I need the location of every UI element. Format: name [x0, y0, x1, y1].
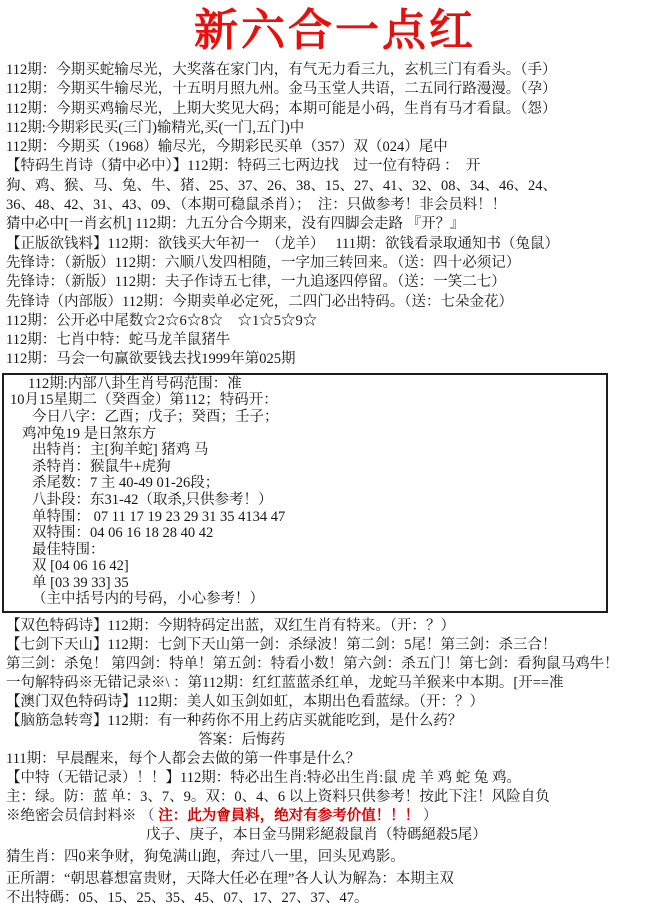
- member-note-line: ※绝密会员信封料※ （ 注：此为會員料，绝对有参考价值！！！ ）: [6, 807, 668, 826]
- zodiac-number-list-line: 狗、鸡、猴、马、兔、牛、猪、25、37、26、38、15、27、41、32、08…: [6, 177, 668, 196]
- page-title: 新六合一点红: [0, 0, 670, 59]
- tip-sheet-page: 新六合一点红 112期：今期买蛇输尽光，大奖落在家门内，有气无力看三九，玄机三门…: [0, 0, 670, 905]
- top-tips-section: 112期：今期买蛇输尽光，大奖落在家门内，有气无力看三九，玄机三门有看头。（手）…: [0, 59, 670, 370]
- tip-line: 猜中必中[一肖玄机] 112期：九五分合今期来，没有四脚会走路 『开？』: [6, 215, 668, 234]
- riddle-line: 111期：早晨醒来，每个人都会去做的第一件事是什么？: [6, 750, 668, 769]
- saying-line: 正所謂：“朝思暮想富贵财，天降大任必在理”各人认为解為：本期主双: [6, 870, 668, 889]
- kill-zodiac-note-line: 戊子、庚子，本日金马開彩絕殺鼠肖（特碼絕殺5尾）: [6, 826, 668, 845]
- member-note-open-paren: （: [140, 808, 158, 824]
- bottom-tips-section: 【双色特码诗】112期：今期特码定出蓝，双红生肖有特来。（开：？） 【七剑下天山…: [0, 615, 670, 905]
- kill-zodiac-line: 杀特肖：猴鼠牛+虎狗: [4, 459, 606, 476]
- special-zodiac-line: 出特肖：主[狗羊蛇] 猪鸡 马: [4, 442, 606, 459]
- seven-swords-line: 【七剑下天山】112期：七剑下天山第一剑：杀绿波！第二剑：5尾！第三剑：杀三合！: [6, 636, 668, 655]
- bagua-segment-line: 八卦段：东31-42（取杀,只供参考！）: [4, 492, 606, 509]
- odd-range-line: 单特围： 07 11 17 19 23 29 31 35 4134 47: [4, 509, 606, 526]
- mid-special-line: 【中特（无错记录）！！】112期：特必出生肖:特必出生肖:鼠 虎 羊 鸡 蛇 兔…: [6, 769, 668, 788]
- member-note-text: 注：此为會員料，绝对有参考价值！！！: [158, 808, 419, 824]
- pioneer-poem-line: 先锋诗（内部版）112期：今期卖单必定死，二四门必出特码。（送：七朵金花）: [6, 293, 668, 312]
- tip-line: 112期：今期买牛输尽光，十五明月照九州。金马玉堂人共语，二五同行路漫漫。（孕）: [6, 80, 668, 99]
- box-caution-line: （主中括号内的号码，小心参考！）: [4, 591, 606, 608]
- box-header-line: 112期:内部八卦生肖号码范围：准: [4, 376, 606, 393]
- tip-line: 112期：今期买鸡输尽光，上期大奖见大码；本期可能是小码，生肖有马才看鼠。（怨）: [6, 100, 668, 119]
- best-range-header-line: 最佳特围：: [4, 542, 606, 559]
- kill-tail-line: 杀尾数：7 主 40-49 01-26段；: [4, 475, 606, 492]
- pioneer-poem-line: 先锋诗：（新版）112期：六顺八发四相随，一字加三转回来。（送：四十必须记）: [6, 254, 668, 273]
- best-odd-line: 单 [03 39 33] 35: [4, 575, 606, 592]
- guess-zodiac-line: 猜生肖：四0来争财，狗兔满山跑，奔过八一里，回头见鸡影。: [6, 848, 668, 867]
- two-color-poem-line: 【双色特码诗】112期：今期特码定出蓝，双红生肖有特来。（开：？）: [6, 617, 668, 636]
- seven-swords-line: 第三剑：杀兔！ 第四剑：特单！第五剑：特看小数！第六剑：杀五门！第七剑：看狗鼠马…: [6, 655, 668, 674]
- member-note-close-paren: ）: [419, 808, 437, 824]
- bazi-line: 今日八字：乙酉；戊子；癸酉；壬子；: [4, 409, 606, 426]
- code-solve-line: 一句解特码※无错记录※\ ：第112期：红红蓝蓝杀红单，龙蛇马羊猴来中本期。[开…: [6, 674, 668, 693]
- advice-line: 主：绿。防：蓝 单：3、7、9。双：0、4、6 以上资料只供参考！按此下注！风险…: [6, 788, 668, 807]
- tip-line: 112期:今期彩民买(三门)输精光,买(一门,五门)中: [6, 119, 668, 138]
- tip-line: 112期：今期买（1968）输尽光，今期彩民买单（357）双（024）尾中: [6, 138, 668, 157]
- tail-numbers-line: 112期：公开必中尾数☆2☆6☆8☆ ☆1☆5☆9☆: [6, 312, 668, 331]
- excluded-codes-line: 不出特碼：05、15、25、35、45、07、17、27、37、47。: [6, 889, 668, 905]
- member-note-prefix: ※绝密会员信封料※: [6, 808, 140, 824]
- macau-poem-line: 【澳门双色特码诗】112期：美人如玉剑如虹，本期出色看蓝绿。（开：？）: [6, 693, 668, 712]
- zodiac-number-list-line: 36、48、42、31、43、09、（本期可稳鼠杀肖）； 注：只做参考！非会员料…: [6, 196, 668, 215]
- riddle-answer-line: 答案：后悔药: [6, 731, 668, 750]
- zodiac-poem-header-line: 【特码生肖诗（猜中必中）】112期：特码三七两边找 过一位有特码 ： 开: [6, 157, 668, 176]
- money-poem-line: 【正版欲钱料】112期：欲钱买大年初一 （龙羊） 111期：欲钱看录取通知书（兔…: [6, 235, 668, 254]
- even-range-line: 双特围：04 06 16 18 28 40 42: [4, 525, 606, 542]
- bagua-info-box: 112期:内部八卦生肖号码范围：准 10月15星期二（癸酉金）第112；特码开：…: [2, 373, 608, 613]
- best-even-line: 双 [04 06 16 42]: [4, 558, 606, 575]
- seven-zodiac-line: 112期：七肖中特：蛇马龙羊鼠猪牛: [6, 331, 668, 350]
- clash-line: 鸡冲兔19 是日煞东方: [4, 426, 606, 443]
- date-line: 10月15星期二（癸酉金）第112；特码开：: [4, 392, 606, 409]
- tip-line: 112期：今期买蛇输尽光，大奖落在家门内，有气无力看三九，玄机三门有看头。（手）: [6, 61, 668, 80]
- riddle-line: 【脑筋急转弯】112期：有一种药你不用上药店买就能吃到，是什么药？: [6, 712, 668, 731]
- pioneer-poem-line: 先锋诗：（新版）112期：夫子作诗五七律，一九追逐四停留。（送：一笑二七）: [6, 273, 668, 292]
- tip-line: 112期：马会一句赢欲要钱去找1999年第025期: [6, 350, 668, 369]
